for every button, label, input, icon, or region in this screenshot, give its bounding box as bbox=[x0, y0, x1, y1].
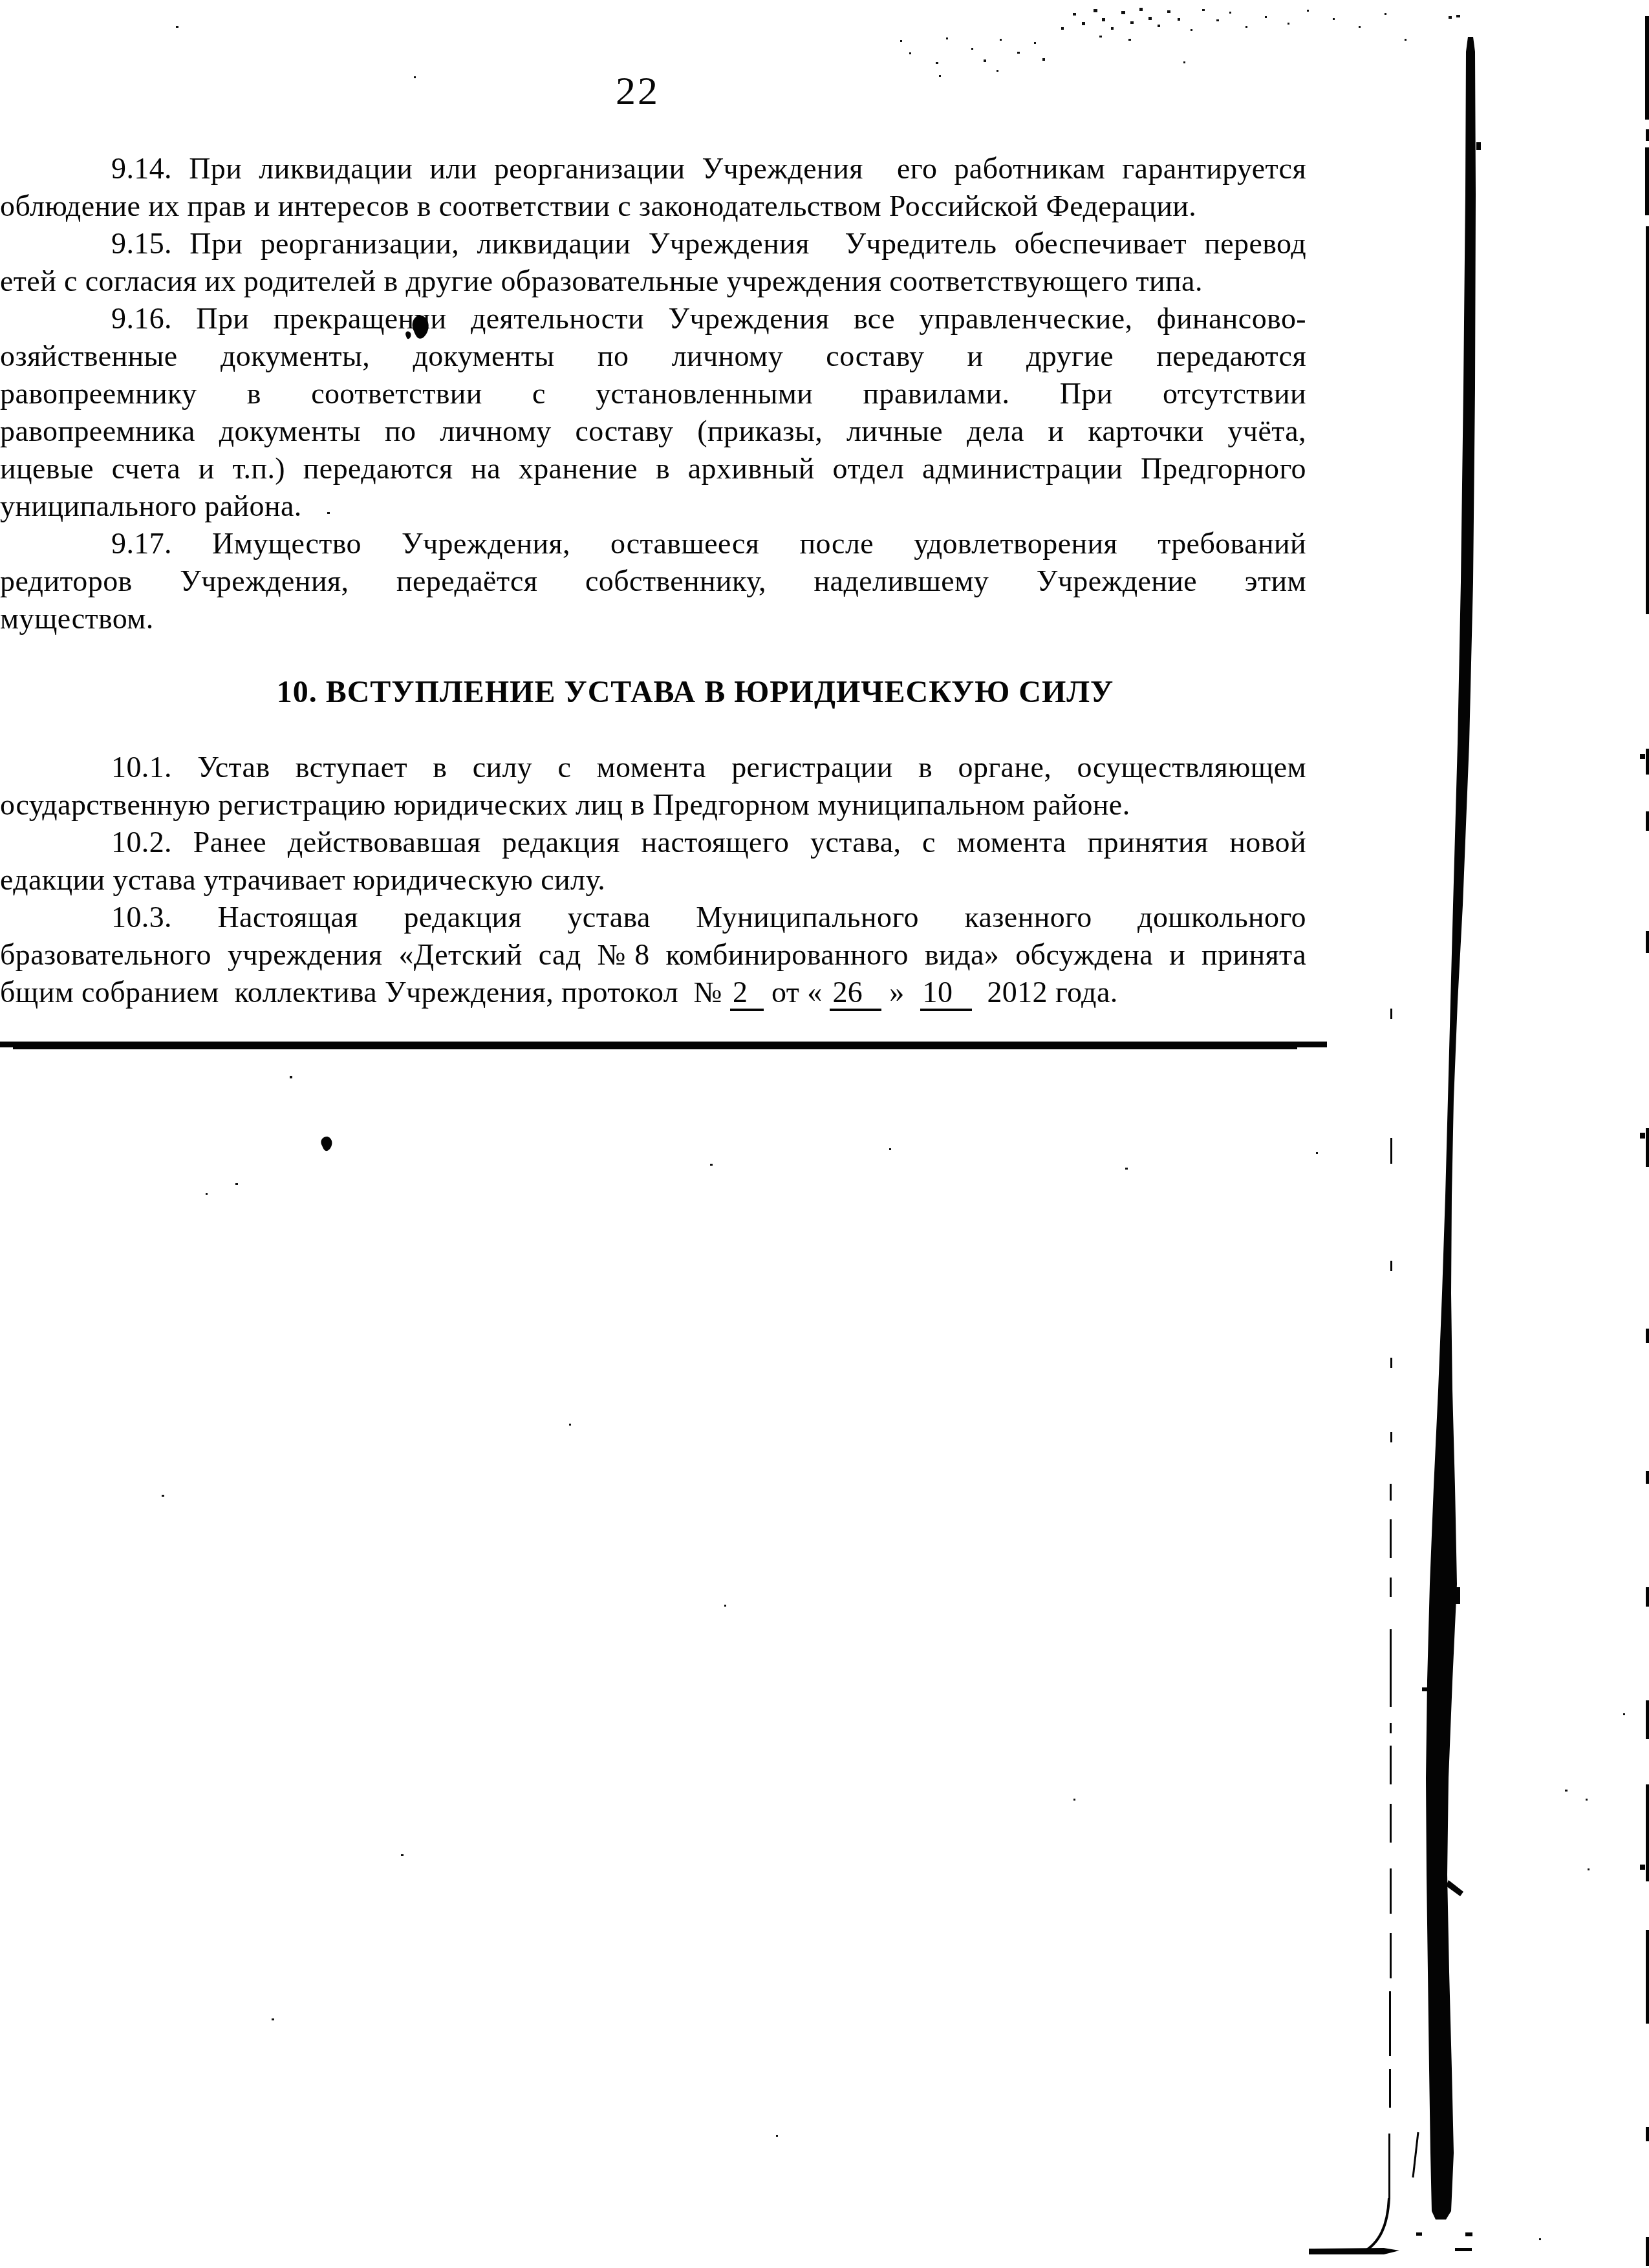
protocol-text: » bbox=[881, 976, 920, 1009]
text-line: муществом. bbox=[0, 600, 1306, 637]
vertical-bar-artifact bbox=[1426, 37, 1476, 2220]
text-line: етей с согласия их родителей в другие об… bbox=[0, 262, 1306, 300]
section-10-heading: 10. ВСТУПЛЕНИЕ УСТАВА В ЮРИДИЧЕСКУЮ СИЛУ bbox=[84, 674, 1306, 711]
protocol-text: 2012 года. bbox=[972, 976, 1118, 1009]
text-line: ицевые счета и т.п.) передаются на хране… bbox=[0, 450, 1306, 487]
text-line: 9.16. При прекращении деятельности Учреж… bbox=[0, 300, 1306, 337]
page-number: 22 bbox=[616, 71, 660, 111]
protocol-day-underlined: 26 bbox=[830, 976, 881, 1011]
bar-tick bbox=[1476, 142, 1481, 150]
bar-tick bbox=[1457, 766, 1466, 770]
text-line: 9.15. При реорганизации, ликвидации Учре… bbox=[0, 225, 1306, 262]
diagonal-line-artifact bbox=[1413, 2132, 1418, 2177]
text-line: осударственную регистрацию юридических л… bbox=[0, 786, 1306, 824]
bar-diagonal-tick bbox=[1446, 1880, 1463, 1896]
text-line: 9.14. При ликвидации или реорганизации У… bbox=[0, 150, 1306, 187]
text-line: равопреемнику в соответствии с установле… bbox=[0, 375, 1306, 412]
text-line: облюдение их прав и интересов в соответс… bbox=[0, 187, 1306, 225]
protocol-month-underlined: 10 bbox=[920, 976, 972, 1011]
scanned-document-page: 22 9.14. При ликвидации или реорганизаци… bbox=[0, 0, 1649, 2268]
protocol-text: бщим собранием коллектива Учреждения, пр… bbox=[0, 976, 730, 1009]
noise-speckles-top bbox=[900, 8, 1460, 77]
document-body: 9.14. При ликвидации или реорганизации У… bbox=[0, 150, 1306, 1011]
text-line: бразовательного учреждения «Детский сад … bbox=[0, 936, 1306, 974]
horizontal-divider-line bbox=[0, 1042, 1327, 1047]
text-line: 10.3. Настоящая редакция устава Муниципа… bbox=[0, 899, 1306, 936]
text-line: униципального района. bbox=[0, 487, 1306, 525]
protocol-number-underlined: 2 bbox=[730, 976, 764, 1011]
text-line: редиторов Учреждения, передаётся собстве… bbox=[0, 562, 1306, 600]
text-line: 9.17. Имущество Учреждения, оставшееся п… bbox=[0, 525, 1306, 562]
dotted-line-artifact bbox=[1361, 1009, 1392, 2253]
text-line: 10.2. Ранее действовавшая редакция насто… bbox=[0, 824, 1306, 861]
bottom-line-artifact bbox=[1309, 2232, 1472, 2254]
right-edge-line bbox=[1640, 16, 1649, 2266]
text-line: едакции устава утрачивает юридическую си… bbox=[0, 861, 1306, 899]
protocol-line: бщим собранием коллектива Учреждения, пр… bbox=[0, 974, 1306, 1011]
protocol-text: от « bbox=[764, 976, 830, 1009]
bar-tick bbox=[1422, 1687, 1428, 1691]
text-line: равопреемника документы по личному соста… bbox=[0, 412, 1306, 450]
text-line: озяйственные документы, документы по лич… bbox=[0, 337, 1306, 375]
text-line: 10.1. Устав вступает в силу с момента ре… bbox=[0, 749, 1306, 786]
bar-tick bbox=[1454, 1587, 1460, 1604]
